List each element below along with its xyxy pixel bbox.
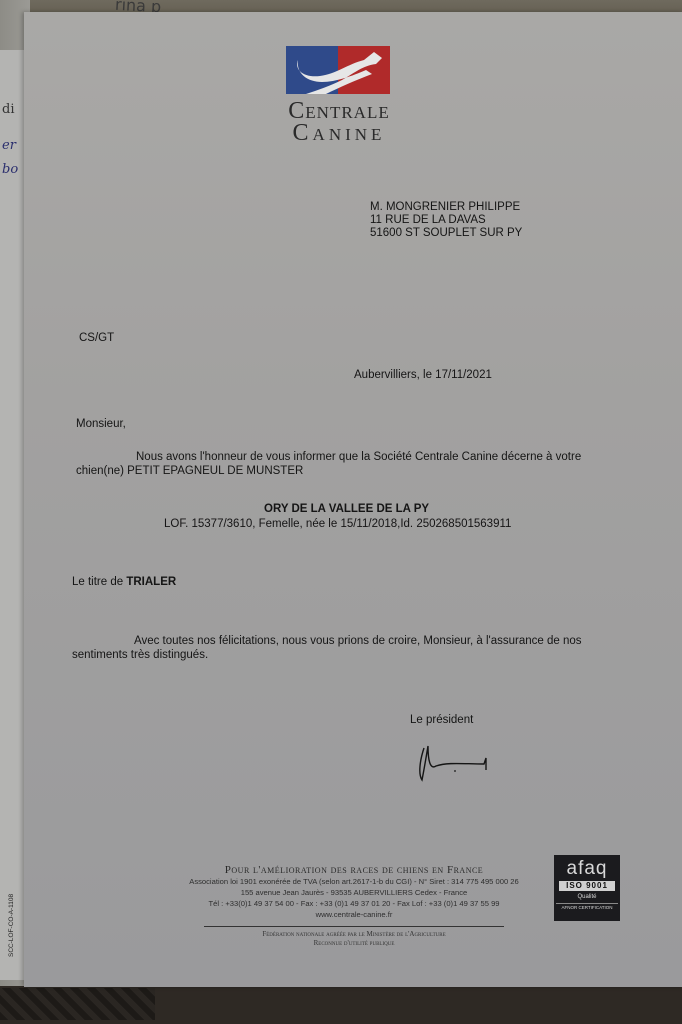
afaq-certification-badge: afaq ISO 9001 Qualité AFNOR CERTIFICATIO… [554,855,620,921]
dog-name: ORY DE LA VALLEE DE LA PY [264,503,429,515]
afaq-logo-text: afaq [554,859,620,879]
paragraph-line: chien(ne) PETIT EPAGNEUL DE MUNSTER [76,464,581,478]
letter-page: Centrale Canine M. MONGRENIER PHILIPPE 1… [24,12,682,987]
recipient-address: M. MONGRENIER PHILIPPE 11 RUE DE LA DAVA… [370,201,522,240]
body-paragraph-2: Avec toutes nos félicitations, nous vous… [72,634,582,662]
running-dog-flag-icon [286,46,390,94]
background-pattern [0,988,155,1020]
signatory-role: Le président [410,714,473,726]
footer-website: www.centrale-canine.fr [164,909,544,920]
underlying-sheet: di er bo [0,50,25,980]
footer: Pour l'amélioration des races de chiens … [164,864,544,948]
certification-issuer: AFNOR CERTIFICATION [556,903,618,911]
salutation: Monsieur, [76,418,126,430]
iso-standard: ISO 9001 [559,881,615,891]
paragraph-line: Avec toutes nos félicitations, nous vous… [72,634,582,648]
underlying-text: di [2,102,14,117]
handwritten-signature-icon [414,740,494,785]
title-awarded: Le titre de TRIALER [72,576,176,588]
title-prefix: Le titre de [72,576,126,588]
body-paragraph-1: Nous avons l'honneur de vous informer qu… [76,450,581,478]
footer-recognition: Reconnue d'utilité publique [164,939,544,948]
reference-code: CS/GT [79,332,114,344]
footer-phones: Tél : +33(0)1 49 37 54 00 - Fax : +33 (0… [164,898,544,909]
underlying-handwriting: bo [2,162,18,177]
document-code: SCC-LOF-CO-A-1108 [8,894,15,957]
brand-name: Centrale Canine [279,100,399,144]
footer-legal: Association loi 1901 exonérée de TVA (se… [164,876,544,887]
quality-label: Qualité [554,893,620,902]
brand-line-1: Centrale [279,100,399,122]
paragraph-line: Nous avons l'honneur de vous informer qu… [76,450,581,464]
place-date: Aubervilliers, le 17/11/2021 [354,369,492,381]
underlying-handwriting: er [2,138,16,153]
footer-federation: Fédération nationale agréée par le Minis… [164,930,544,939]
brand-line-2: Canine [279,122,399,144]
dog-details: LOF. 15377/3610, Femelle, née le 15/11/2… [164,518,511,530]
footer-motto: Pour l'amélioration des races de chiens … [164,864,544,876]
paragraph-line: sentiments très distingués. [72,648,582,662]
footer-divider [204,926,504,927]
recipient-city: 51600 ST SOUPLET SUR PY [370,227,522,240]
recipient-name: M. MONGRENIER PHILIPPE [370,201,522,214]
recipient-street: 11 RUE DE LA DAVAS [370,214,522,227]
footer-address: 155 avenue Jean Jaurès - 93535 AUBERVILL… [164,887,544,898]
title-value: TRIALER [126,576,176,588]
